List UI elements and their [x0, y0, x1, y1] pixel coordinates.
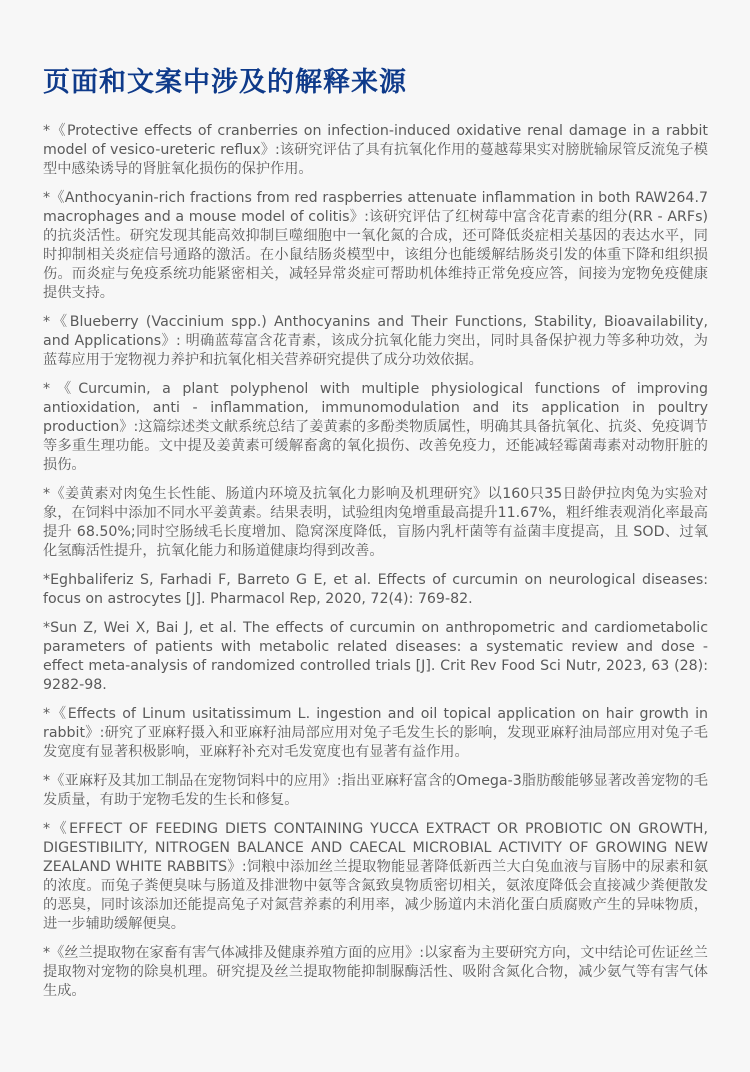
- reference-item-eghbaliferiz: *Eghbaliferiz S, Farhadi F, Barreto G E,…: [43, 571, 708, 609]
- reference-item-sun: *Sun Z, Wei X, Bai J, et al. The effects…: [43, 619, 708, 695]
- reference-item-flaxseed-pet: *《亚麻籽及其加工制品在宠物饲料中的应用》:指出亚麻籽富含的Omega-3脂肪酸…: [43, 772, 708, 810]
- reference-item-curcumin-rabbit: *《姜黄素对肉兔生长性能、肠道内环境及抗氧化力影响及机理研究》以160只35日龄…: [43, 485, 708, 561]
- reference-item-cranberries: *《Protective effects of cranberries on i…: [43, 122, 708, 179]
- reference-item-blueberry: *《Blueberry (Vaccinium spp.) Anthocyanin…: [43, 313, 708, 370]
- references-page: 页面和文案中涉及的解释来源 *《Protective effects of cr…: [0, 0, 750, 1072]
- reference-item-yucca-livestock: *《丝兰提取物在家畜有害气体减排及健康养殖方面的应用》:以家畜为主要研究方向，文…: [43, 944, 708, 1001]
- page-title: 页面和文案中涉及的解释来源: [43, 66, 708, 100]
- reference-item-yucca-rabbits: *《EFFECT OF FEEDING DIETS CONTAINING YUC…: [43, 820, 708, 934]
- reference-list: *《Protective effects of cranberries on i…: [43, 122, 708, 1001]
- reference-item-linum: *《Effects of Linum usitatissimum L. inge…: [43, 705, 708, 762]
- reference-item-raspberries: *《Anthocyanin-rich fractions from red ra…: [43, 189, 708, 303]
- reference-item-curcumin-poultry: *《Curcumin, a plant polyphenol with mult…: [43, 380, 708, 475]
